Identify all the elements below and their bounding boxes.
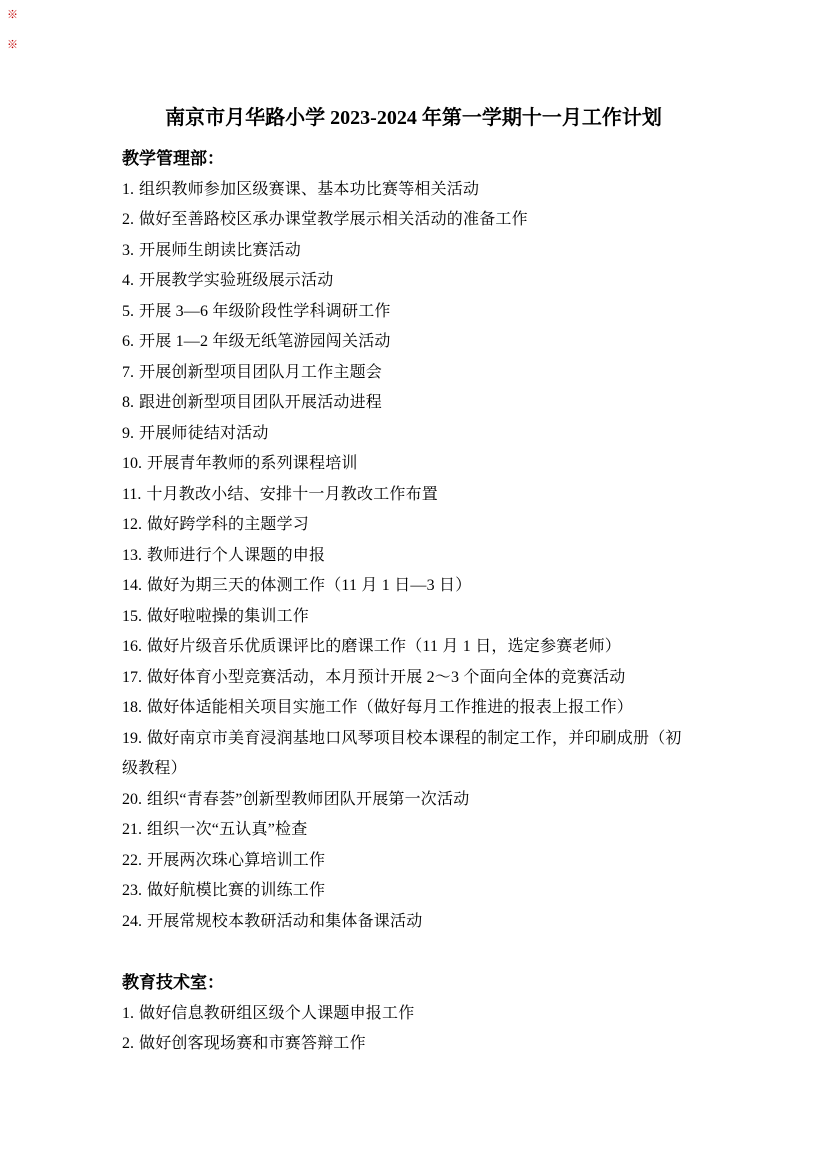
- list-item-row: 5.开展 3—6 年级阶段性学科调研工作: [122, 297, 707, 328]
- item-text: 做好为期三天的体测工作（11 月 1 日—3 日）: [147, 577, 471, 594]
- list-item-row: 2.做好至善路校区承办课堂教学展示相关活动的准备工作: [122, 205, 707, 236]
- item-number: 16.: [122, 638, 142, 655]
- list-item-row: 20.组织“青春荟”创新型教师团队开展第一次活动: [122, 785, 707, 816]
- item-number: 21.: [122, 821, 142, 838]
- item-text: 跟进创新型项目团队开展活动进程: [139, 394, 382, 411]
- item-number: 8.: [122, 394, 134, 411]
- item-text: 组织一次“五认真”检查: [147, 821, 307, 838]
- item-text: 开展师徒结对活动: [139, 425, 269, 442]
- list-item-row: 1.做好信息教研组区级个人课题申报工作: [122, 999, 707, 1030]
- red-watermark-icon: ※: [7, 39, 18, 51]
- list-item-row: 2.做好创客现场赛和市赛答辩工作: [122, 1029, 707, 1060]
- list-item-row: 16.做好片级音乐优质课评比的磨课工作（11 月 1 日，选定参赛老师）: [122, 632, 707, 663]
- item-text: 做好南京市美育浸润基地口风琴项目校本课程的制定工作，并印刷成册（初: [147, 730, 682, 747]
- item-number: 13.: [122, 547, 142, 564]
- list-item-row: 19.做好南京市美育浸润基地口风琴项目校本课程的制定工作，并印刷成册（初: [122, 724, 707, 755]
- item-number: 12.: [122, 516, 142, 533]
- item-text: 教师进行个人课题的申报: [147, 547, 325, 564]
- list-item-row: 11.十月教改小结、安排十一月教改工作布置: [122, 480, 707, 511]
- item-text: 开展两次珠心算培训工作: [147, 852, 325, 869]
- list-item-row: 7.开展创新型项目团队月工作主题会: [122, 358, 707, 389]
- item-number: 1.: [122, 1005, 134, 1022]
- list-item-row: 级教程）: [122, 754, 707, 785]
- item-number: 2.: [122, 211, 134, 228]
- item-text: 组织“青春荟”创新型教师团队开展第一次活动: [147, 791, 469, 808]
- item-text: 做好跨学科的主题学习: [147, 516, 309, 533]
- item-number: 11.: [122, 486, 141, 503]
- item-text: 开展 3—6 年级阶段性学科调研工作: [139, 303, 391, 320]
- item-text: 做好片级音乐优质课评比的磨课工作（11 月 1 日，选定参赛老师）: [147, 638, 621, 655]
- list-item-row: 13.教师进行个人课题的申报: [122, 541, 707, 572]
- list-item-row: 18.做好体适能相关项目实施工作（做好每月工作推进的报表上报工作）: [122, 693, 707, 724]
- sections: 教学管理部：1.组织教师参加区级赛课、基本功比赛等相关活动2.做好至善路校区承办…: [122, 144, 707, 1060]
- item-text: 做好创客现场赛和市赛答辩工作: [139, 1035, 366, 1052]
- item-number: 20.: [122, 791, 142, 808]
- item-number: 5.: [122, 303, 134, 320]
- section-heading: 教育技术室：: [122, 968, 707, 999]
- section-2: 教育技术室：1.做好信息教研组区级个人课题申报工作2.做好创客现场赛和市赛答辩工…: [122, 968, 707, 1060]
- section-1: 教学管理部：1.组织教师参加区级赛课、基本功比赛等相关活动2.做好至善路校区承办…: [122, 144, 707, 937]
- item-number: 7.: [122, 364, 134, 381]
- list-item-row: 3.开展师生朗读比赛活动: [122, 236, 707, 267]
- item-text: 组织教师参加区级赛课、基本功比赛等相关活动: [139, 181, 479, 198]
- item-text: 开展师生朗读比赛活动: [139, 242, 301, 259]
- item-number: 17.: [122, 669, 142, 686]
- document-page: ※ ※ 南京市月华路小学 2023-2024 年第一学期十一月工作计划 教学管理…: [0, 0, 827, 1170]
- item-number: 14.: [122, 577, 142, 594]
- red-watermark-icon: ※: [7, 9, 18, 21]
- item-number: 15.: [122, 608, 142, 625]
- item-number: 19.: [122, 730, 142, 747]
- item-number: 4.: [122, 272, 134, 289]
- item-text: 级教程）: [122, 760, 187, 777]
- document-title: 南京市月华路小学 2023-2024 年第一学期十一月工作计划: [125, 105, 702, 131]
- item-number: 1.: [122, 181, 134, 198]
- item-text: 开展 1—2 年级无纸笔游园闯关活动: [139, 333, 391, 350]
- item-number: 3.: [122, 242, 134, 259]
- item-number: 10.: [122, 455, 142, 472]
- item-number: 18.: [122, 699, 142, 716]
- item-text: 做好啦啦操的集训工作: [147, 608, 309, 625]
- list-item-row: 15.做好啦啦操的集训工作: [122, 602, 707, 633]
- list-item-row: 9.开展师徒结对活动: [122, 419, 707, 450]
- list-item-row: 10.开展青年教师的系列课程培训: [122, 449, 707, 480]
- list-item-row: 1.组织教师参加区级赛课、基本功比赛等相关活动: [122, 175, 707, 206]
- list-item-row: 14.做好为期三天的体测工作（11 月 1 日—3 日）: [122, 571, 707, 602]
- section-heading: 教学管理部：: [122, 144, 707, 175]
- list-item-row: 21.组织一次“五认真”检查: [122, 815, 707, 846]
- item-text: 开展常规校本教研活动和集体备课活动: [147, 913, 422, 930]
- item-text: 做好航模比赛的训练工作: [147, 882, 325, 899]
- list-item-row: 23.做好航模比赛的训练工作: [122, 876, 707, 907]
- item-text: 开展创新型项目团队月工作主题会: [139, 364, 382, 381]
- list-item-row: 8.跟进创新型项目团队开展活动进程: [122, 388, 707, 419]
- item-text: 做好体适能相关项目实施工作（做好每月工作推进的报表上报工作）: [147, 699, 633, 716]
- item-number: 6.: [122, 333, 134, 350]
- list-item-row: 4.开展教学实验班级展示活动: [122, 266, 707, 297]
- item-text: 开展青年教师的系列课程培训: [147, 455, 358, 472]
- item-text: 十月教改小结、安排十一月教改工作布置: [146, 486, 438, 503]
- item-number: 2.: [122, 1035, 134, 1052]
- list-item-row: 17.做好体育小型竞赛活动，本月预计开展 2～3 个面向全体的竞赛活动: [122, 663, 707, 694]
- item-number: 23.: [122, 882, 142, 899]
- list-item-row: 22.开展两次珠心算培训工作: [122, 846, 707, 877]
- list-item-row: 6.开展 1—2 年级无纸笔游园闯关活动: [122, 327, 707, 358]
- item-text: 做好体育小型竞赛活动，本月预计开展 2～3 个面向全体的竞赛活动: [147, 669, 625, 686]
- item-number: 22.: [122, 852, 142, 869]
- item-number: 9.: [122, 425, 134, 442]
- item-text: 做好至善路校区承办课堂教学展示相关活动的准备工作: [139, 211, 528, 228]
- item-number: 24.: [122, 913, 142, 930]
- item-text: 做好信息教研组区级个人课题申报工作: [139, 1005, 414, 1022]
- list-item-row: 12.做好跨学科的主题学习: [122, 510, 707, 541]
- item-text: 开展教学实验班级展示活动: [139, 272, 333, 289]
- list-item-row: 24.开展常规校本教研活动和集体备课活动: [122, 907, 707, 938]
